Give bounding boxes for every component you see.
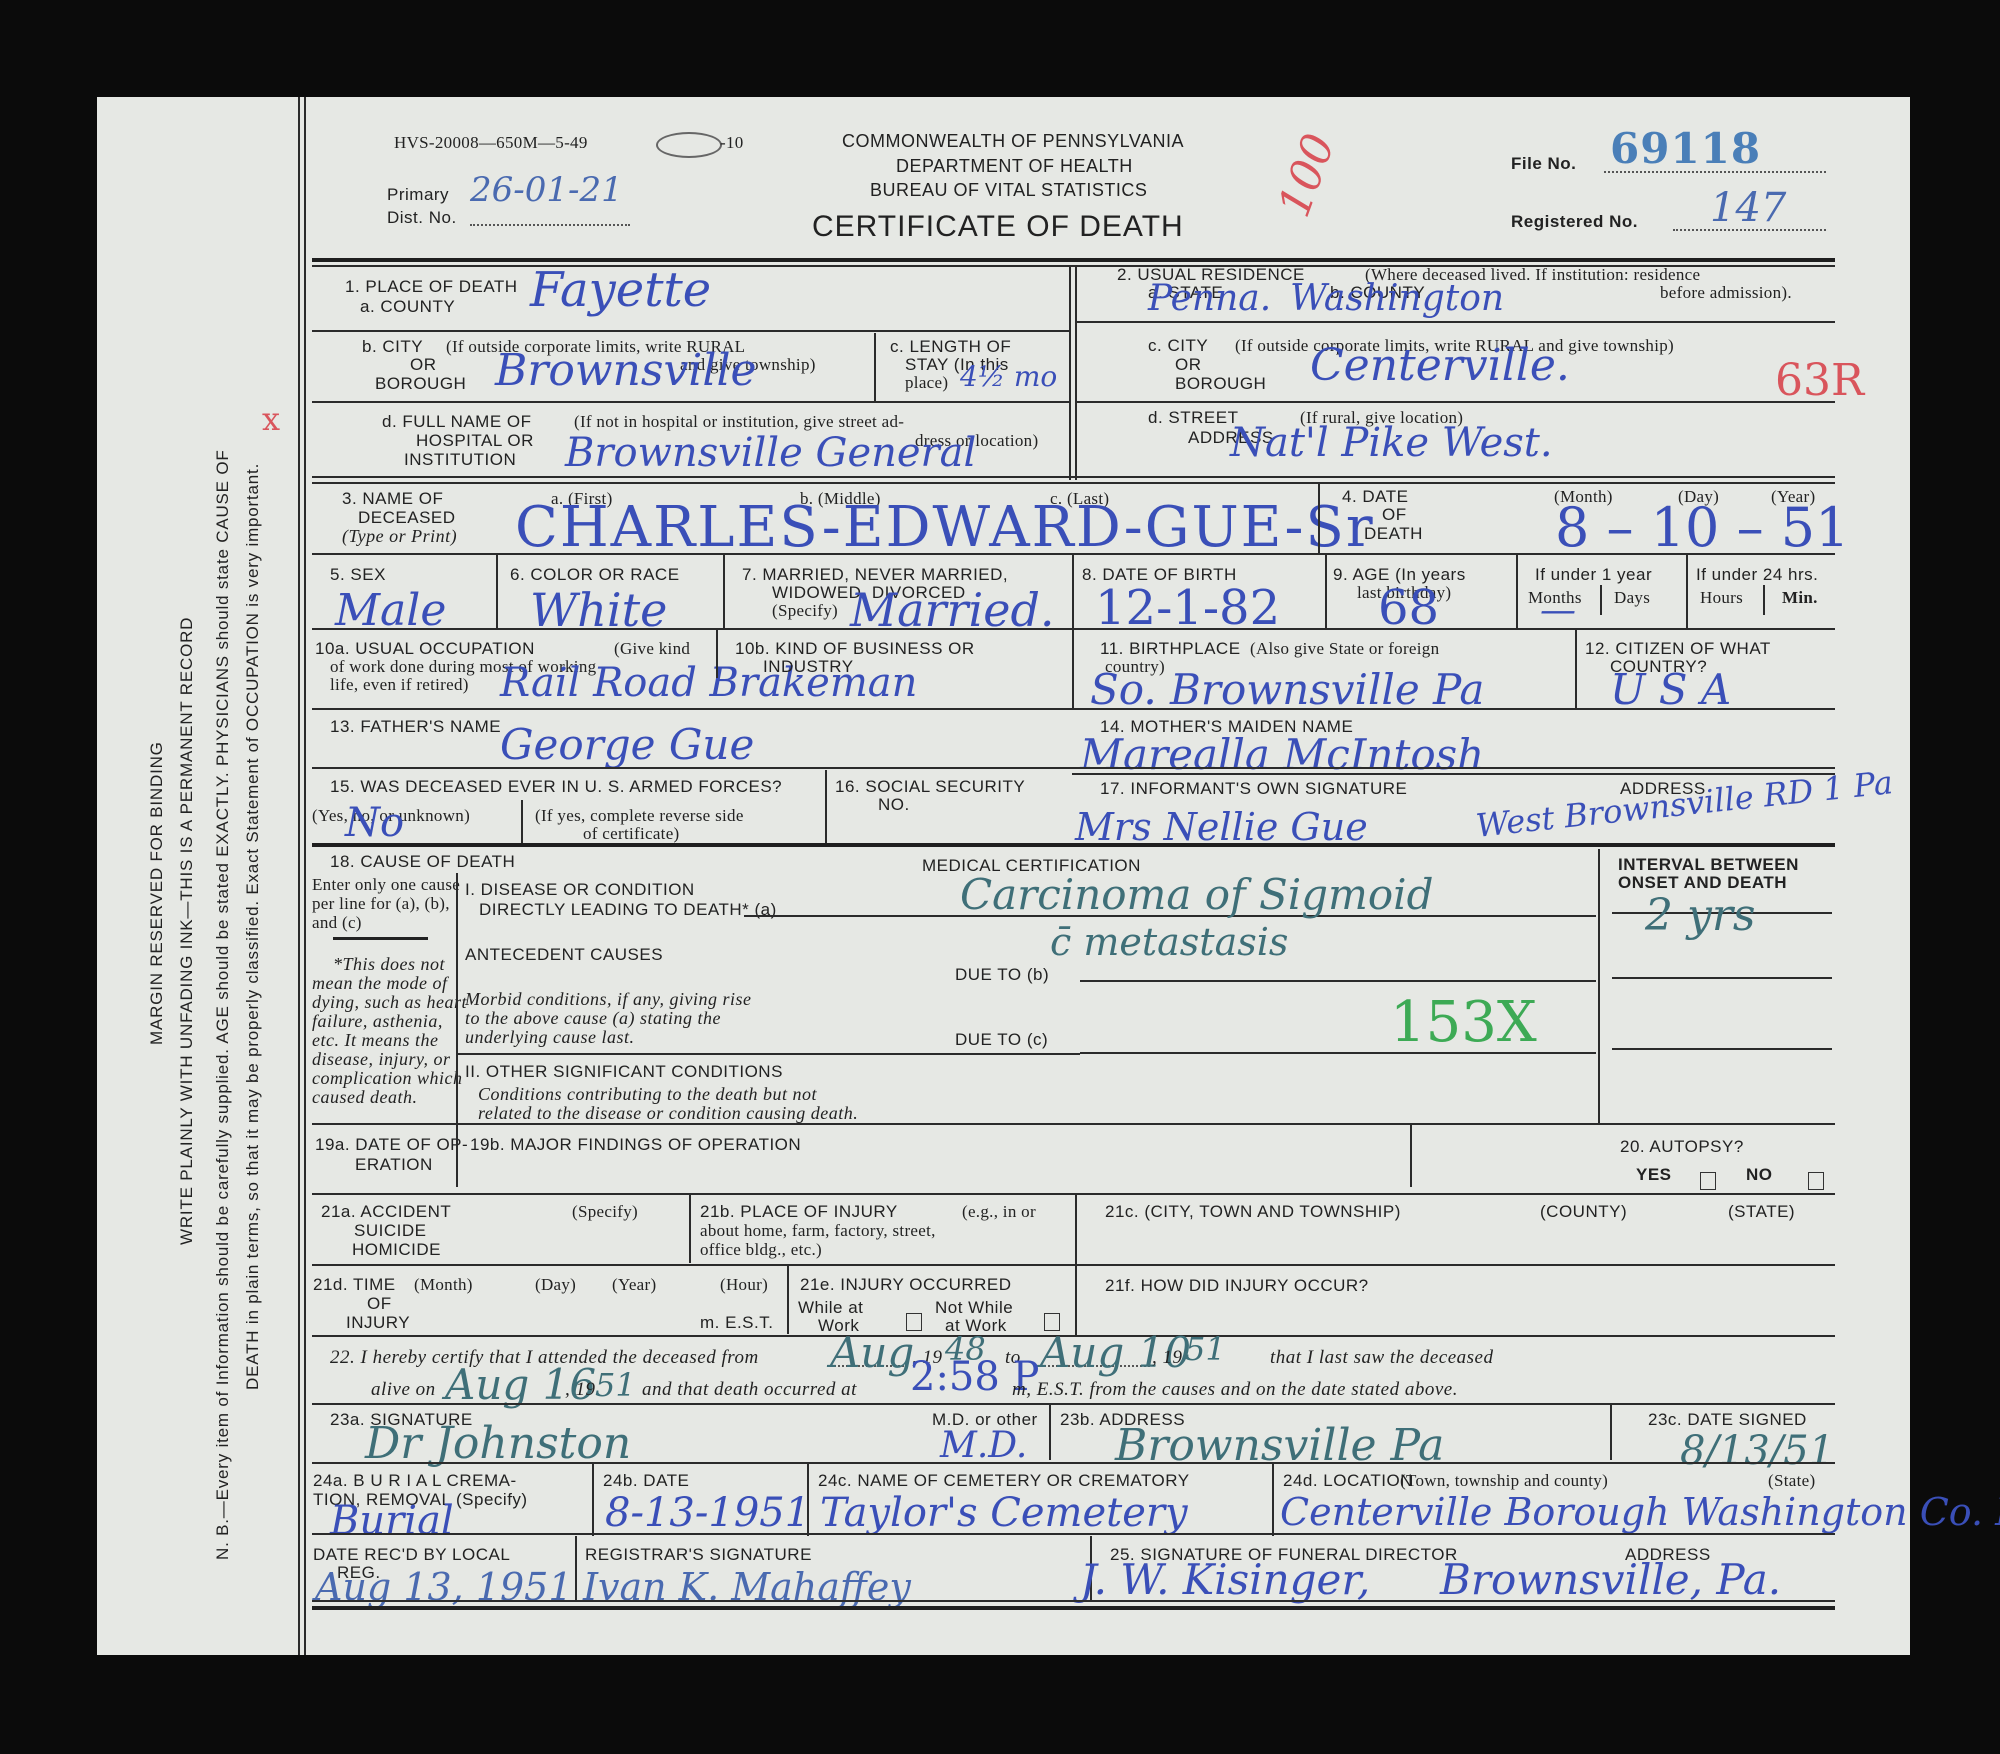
death-borough-label: BOROUGH (375, 374, 466, 393)
antecedent-causes-label: ANTECEDENT CAUSES (465, 945, 663, 964)
suicide-label: SUICIDE (354, 1221, 426, 1240)
length-of-stay-label: c. LENGTH OF (890, 337, 1011, 356)
divider (456, 873, 458, 1125)
sex-label: 5. SEX (330, 565, 386, 584)
time-of-injury-label: 21d. TIME (313, 1275, 396, 1294)
birthplace-note: (Also give State or foreign (1250, 639, 1439, 658)
injury-occurred-label: 21e. INJURY OCCURRED (800, 1275, 1012, 1294)
burial-location-label: 24d. LOCATION (1283, 1471, 1413, 1490)
disease-value[interactable]: Carcinoma of Sigmoid (960, 870, 1433, 919)
divider-place-residence-2 (1069, 265, 1071, 480)
rule (312, 843, 1835, 847)
rule (312, 330, 1069, 332)
divider (689, 1195, 691, 1263)
hospital-note: (If not in hospital or institution, give… (574, 412, 904, 431)
autopsy-no-checkbox[interactable] (1808, 1172, 1824, 1190)
rule (1075, 321, 1835, 323)
not-while-at-work-label: Not While (935, 1298, 1013, 1317)
institution-label: INSTITUTION (404, 450, 516, 469)
rule (312, 1462, 1835, 1464)
cause-footnote-line: disease, injury, or (312, 1050, 451, 1069)
rule (312, 482, 1835, 484)
registrar-signature-value[interactable]: Ivan K. Mahaffey (583, 1565, 911, 1609)
armed-forces-value[interactable]: No (345, 800, 404, 846)
divider (1072, 555, 1074, 710)
divider (521, 800, 523, 845)
min-label: Min. (1782, 588, 1818, 607)
header-bureau: BUREAU OF VITAL STATISTICS (870, 181, 1147, 200)
hospital-label-2: HOSPITAL OR (416, 431, 534, 450)
margin-binding-note: MARGIN RESERVED FOR BINDING (147, 741, 167, 1045)
rule (312, 628, 1835, 630)
morbid-note-2: to the above cause (a) stating the (465, 1009, 721, 1028)
cause-of-death-label: 18. CAUSE OF DEATH (330, 852, 515, 871)
armed-forces-label: 15. WAS DECEASED EVER IN U. S. ARMED FOR… (330, 777, 782, 796)
margin-nb-note-1: N. B.—Every item of Information should b… (213, 449, 233, 1560)
homicide-label: HOMICIDE (352, 1240, 441, 1259)
cemetery-label: 24c. NAME OF CEMETERY OR CREMATORY (818, 1471, 1190, 1490)
operation-findings-label: 19b. MAJOR FINDINGS OF OPERATION (470, 1135, 801, 1154)
injury-state-label: (STATE) (1728, 1202, 1795, 1221)
cause-footnote-line: failure, asthenia, (312, 1012, 443, 1031)
days-label: Days (1614, 588, 1650, 607)
length-of-stay-value[interactable]: 4½ mo (960, 360, 1057, 393)
file-number-stamp: 69118 (1610, 124, 1761, 173)
file-no-label: File No. (1511, 154, 1576, 173)
due-to-b-label: DUE TO (b) (955, 965, 1049, 984)
divider (807, 1464, 809, 1536)
disease-label: I. DISEASE OR CONDITION (465, 880, 695, 899)
certify-text-2: that I last saw the deceased (1270, 1348, 1494, 1367)
divider (723, 555, 725, 630)
occupation-note-3: life, even if retired) (330, 675, 469, 694)
hours-label: Hours (1700, 588, 1743, 607)
place-of-injury-label: 21b. PLACE OF INJURY (700, 1202, 898, 1221)
ssn-label-2: NO. (878, 795, 910, 814)
business-label: 10b. KIND OF BUSINESS OR (735, 639, 975, 658)
divider (1272, 1464, 1274, 1536)
divider (456, 1125, 458, 1187)
binding-margin-line (298, 97, 300, 1655)
injury-month-label: (Month) (414, 1275, 473, 1294)
ssn-label: 16. SOCIAL SECURITY (835, 777, 1025, 796)
rule (312, 1264, 1835, 1266)
cause-footnote-line: caused death. (312, 1088, 417, 1107)
attended-from-value[interactable]: Aug (830, 1328, 914, 1377)
red-side-annotation: 63R (1775, 355, 1864, 406)
burial-date-value[interactable]: 8-13-1951 (605, 1490, 810, 1536)
divider (1686, 555, 1688, 630)
rule (1612, 1048, 1832, 1050)
birthplace-label: 11. BIRTHPLACE (1100, 639, 1241, 658)
residence-city-or: OR (1175, 355, 1202, 374)
accident-label: 21a. ACCIDENT (321, 1202, 451, 1221)
burial-location-note: (Town, township and county) (1400, 1471, 1608, 1490)
race-label: 6. COLOR OR RACE (510, 565, 680, 584)
cause-code: 153X (1390, 990, 1537, 1055)
margin-ink-note: WRITE PLAINLY WITH UNFADING INK—THIS IS … (177, 617, 197, 1245)
burial-location-state-label: (State) (1768, 1471, 1815, 1490)
citizen-value[interactable]: U S A (1610, 665, 1731, 714)
rule (312, 708, 1835, 710)
date-signed-label: 23c. DATE SIGNED (1648, 1410, 1807, 1429)
md-value[interactable]: M.D. (940, 1425, 1027, 1466)
operation-date-label-2: ERATION (355, 1155, 433, 1174)
divider (575, 1536, 577, 1602)
due-to-c-label: DUE TO (c) (955, 1030, 1048, 1049)
alive-on-label: alive on (371, 1380, 436, 1399)
death-county-value[interactable]: Fayette (530, 262, 711, 318)
date-signed-value[interactable]: 8/13/51 (1680, 1428, 1834, 1474)
certificate-title: CERTIFICATE OF DEATH (812, 210, 1184, 244)
date-received-label: DATE REC'D BY LOCAL (313, 1545, 510, 1564)
form-code-suffix: -10 (720, 133, 744, 152)
hospital-label: d. FULL NAME OF (382, 412, 532, 431)
dist-dotted-line (470, 224, 630, 226)
residence-borough-label: BOROUGH (1175, 374, 1266, 393)
header-department: DEPARTMENT OF HEALTH (896, 157, 1133, 176)
divider (1598, 849, 1600, 1125)
residence-county-value[interactable]: Washington (1290, 278, 1504, 319)
time-of-injury-label-2: OF (367, 1294, 392, 1313)
cause-instruction-2: per line for (a), (b), (312, 894, 450, 913)
date-of-death-value[interactable]: 8 – 10 – 51 (1555, 496, 1849, 559)
divider (1763, 585, 1765, 615)
deceased-name-value[interactable]: CHARLES-EDWARD-GUE-Sr (515, 495, 1375, 560)
accident-specify-label: (Specify) (572, 1202, 638, 1221)
attended-to-year[interactable]: 51 (1185, 1330, 1226, 1368)
time-of-injury-label-3: INJURY (346, 1313, 410, 1332)
divider (1516, 555, 1518, 630)
while-at-work-label: While at (798, 1298, 863, 1317)
type-or-print-label: (Type or Print) (342, 527, 457, 546)
place-of-injury-note-2: about home, farm, factory, street, (700, 1221, 936, 1240)
interval-value[interactable]: 2 yrs (1645, 890, 1755, 941)
injury-city-label: 21c. (CITY, TOWN AND TOWNSHIP) (1105, 1202, 1401, 1221)
form-code: HVS-20008—650M—5-49 (394, 133, 588, 152)
burial-type-value[interactable]: Burial (330, 1498, 454, 1544)
rule (312, 553, 1835, 555)
other-conditions-label: II. OTHER SIGNIFICANT CONDITIONS (465, 1062, 783, 1081)
death-city-label: b. CITY (362, 337, 423, 356)
place-of-injury-note-3: office bldg., etc.) (700, 1240, 822, 1259)
mother-maiden-name-value[interactable]: Marealla McIntosh (1080, 730, 1484, 779)
divider (716, 630, 718, 678)
rule (312, 1533, 1835, 1535)
registered-number[interactable]: 147 (1710, 185, 1786, 231)
rule (312, 1193, 1835, 1195)
other-conditions-note: Conditions contributing to the death but… (478, 1085, 817, 1104)
rule (1075, 401, 1835, 403)
burial-date-label: 24b. DATE (603, 1471, 689, 1490)
header-commonwealth: COMMONWEALTH OF PENNSYLVANIA (842, 132, 1184, 151)
divider (1325, 555, 1327, 630)
injury-day-label: (Day) (535, 1275, 576, 1294)
divider (825, 770, 827, 845)
morbid-note-3: underlying cause last. (465, 1028, 634, 1047)
place-of-death-label: 1. PLACE OF DEATH (345, 277, 518, 296)
funeral-address-value[interactable]: Brownsville, Pa. (1440, 1555, 1781, 1604)
red-x-mark: x (262, 400, 280, 438)
occupation-label: 10a. USUAL OCCUPATION (315, 639, 535, 658)
autopsy-label: 20. AUTOPSY? (1620, 1137, 1744, 1156)
divider (1410, 1125, 1412, 1187)
months-value[interactable]: — (1540, 590, 1576, 631)
date-received-value[interactable]: Aug 13, 1951 (315, 1565, 573, 1609)
divider (1049, 1405, 1051, 1460)
funeral-director-value[interactable]: J. W. Kisinger, (1080, 1555, 1370, 1604)
specify-label: (Specify) (772, 601, 838, 620)
divider (592, 1464, 594, 1536)
death-occurred-label: and that death occurred at (642, 1380, 857, 1399)
name-label: 3. NAME OF (342, 489, 443, 508)
occupation-note: (Give kind (614, 639, 690, 658)
cause-instruction-1: Enter only one cause (312, 875, 460, 894)
primary-label: Primary (387, 185, 449, 204)
burial-type-label: 24a. B U R I A L CREMA- (313, 1471, 517, 1490)
injury-est-label: m. E.S.T. (700, 1313, 773, 1332)
cause-instruction-3: and (c) (312, 913, 362, 932)
father-name-label: 13. FATHER'S NAME (330, 717, 501, 736)
under-24-hrs-label: If under 24 hrs. (1696, 565, 1818, 584)
deceased-label: DECEASED (358, 508, 456, 527)
margin-nb-note-2: DEATH in plain terms, so that it may be … (243, 463, 263, 1390)
industry-label: INDUSTRY (763, 657, 854, 676)
how-injury-occurred-label: 21f. HOW DID INJURY OCCUR? (1105, 1276, 1369, 1295)
instruction-rule (333, 937, 428, 940)
divider (874, 333, 876, 401)
other-conditions-note-2: related to the disease or condition caus… (478, 1104, 858, 1123)
divider (496, 555, 498, 630)
rule (312, 767, 1835, 769)
disease-label-2: DIRECTLY LEADING TO DEATH* (a) (479, 900, 777, 919)
registered-no-label: Registered No. (1511, 212, 1638, 231)
cause-footnote-line: *This does not (333, 955, 445, 974)
street-label: d. STREET (1148, 408, 1238, 427)
date-of-death-label-3: DEATH (1364, 524, 1423, 543)
morbid-note-1: Morbid conditions, if any, giving rise (465, 990, 752, 1009)
cemetery-value[interactable]: Taylor's Cemetery (820, 1490, 1188, 1536)
registrar-signature-label: REGISTRAR'S SIGNATURE (585, 1545, 812, 1564)
rule (1080, 980, 1596, 982)
residence-city-value[interactable]: Centerville. (1310, 340, 1570, 391)
injury-hour-label: (Hour) (720, 1275, 768, 1294)
death-county-label: a. COUNTY (360, 297, 455, 316)
divider (1610, 1405, 1612, 1460)
street-value[interactable]: Nat'l Pike West. (1230, 420, 1553, 466)
binding-margin-line-2 (304, 97, 306, 1655)
dist-number[interactable]: 26-01-21 (470, 170, 623, 210)
rule (1072, 773, 1835, 775)
date-of-death-label-2: OF (1382, 505, 1407, 524)
armed-forces-note-2: of certificate) (583, 824, 680, 843)
death-city-or: OR (410, 355, 437, 374)
autopsy-no-label: NO (1746, 1165, 1773, 1184)
marital-label: 7. MARRIED, NEVER MARRIED, (742, 565, 1008, 584)
death-city-value[interactable]: Brownsville (495, 345, 757, 396)
disease-value-2[interactable]: c̄ metastasis (1050, 920, 1288, 964)
divider (1318, 482, 1320, 555)
occupation-value[interactable]: Rail Road Brakeman (500, 660, 917, 706)
hospital-value[interactable]: Brownsville General (565, 430, 976, 476)
length-of-stay-label-3: place) (905, 373, 948, 392)
birthplace-value[interactable]: So. Brownsville Pa (1090, 665, 1484, 714)
rule (1612, 977, 1832, 979)
residence-note-2: before admission). (1660, 283, 1792, 302)
rule (312, 476, 1835, 478)
date-of-death-label: 4. DATE (1342, 487, 1408, 506)
divider-place-residence (1075, 265, 1077, 480)
certify-text-3: m, E.S.T. from the causes and on the dat… (1012, 1380, 1458, 1399)
cause-footnote-line: dying, such as heart (312, 993, 467, 1012)
divider (1600, 585, 1602, 615)
rule (312, 1403, 1835, 1405)
under-1-year-label: If under 1 year (1535, 565, 1652, 584)
informant-signature-label: 17. INFORMANT'S OWN SIGNATURE (1100, 779, 1407, 798)
form-bottom-rule (312, 1606, 1835, 1610)
cause-footnote-line: mean the mode of (312, 974, 447, 993)
injury-year-label: (Year) (612, 1275, 656, 1294)
rule (312, 1600, 1835, 1602)
citizen-label: 12. CITIZEN OF WHAT (1585, 639, 1771, 658)
dist-label: Dist. No. (387, 208, 457, 227)
divider (1575, 630, 1577, 710)
residence-city-label: c. CITY (1148, 336, 1208, 355)
rule (456, 1053, 1080, 1055)
divider (787, 1266, 789, 1334)
armed-forces-note: (If yes, complete reverse side (535, 806, 744, 825)
rule (312, 401, 1069, 403)
interval-label: INTERVAL BETWEEN (1618, 855, 1799, 874)
operation-date-label: 19a. DATE OF OP- (315, 1135, 468, 1154)
residence-state-value[interactable]: Penna. (1148, 278, 1271, 319)
father-name-value[interactable]: George Gue (500, 720, 754, 769)
autopsy-yes-checkbox[interactable] (1700, 1172, 1716, 1190)
autopsy-yes-label: YES (1636, 1165, 1672, 1184)
cause-footnote-line: etc. It means the (312, 1031, 438, 1050)
burial-location-value[interactable]: Centerville Borough Washington Co. Pa. (1280, 1490, 2000, 1534)
injury-county-label: (COUNTY) (1540, 1202, 1627, 1221)
cause-footnote-line: complication which (312, 1069, 462, 1088)
alive-on-year[interactable]: 51 (595, 1366, 636, 1404)
place-of-injury-note: (e.g., in or (962, 1202, 1036, 1221)
rule (312, 1123, 1835, 1125)
union-label-icon (656, 132, 722, 158)
